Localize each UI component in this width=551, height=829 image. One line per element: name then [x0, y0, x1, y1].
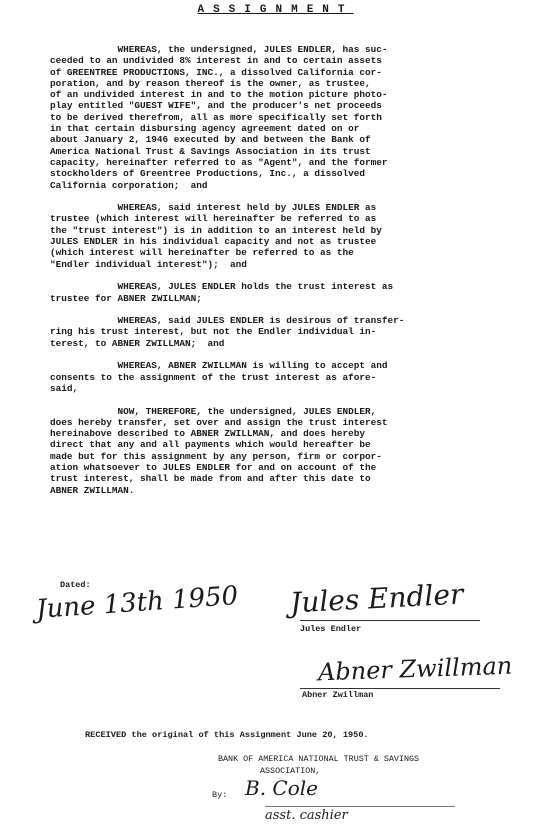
text-line: the "trust interest") is in addition to … [50, 225, 530, 236]
text-line: WHEREAS, said interest held by JULES END… [50, 202, 530, 213]
text-line: trustee (which interest will hereinafter… [50, 213, 530, 224]
text-line: ation whatsoever to JULES ENDLER for and… [50, 462, 530, 473]
text-line: said, [50, 383, 530, 394]
text-line: of GREENTREE PRODUCTIONS, INC., a dissol… [50, 67, 530, 78]
text-line: NOW, THEREFORE, the undersigned, JULES E… [50, 406, 530, 417]
text-line: consents to the assignment of the trust … [50, 372, 530, 383]
text-line: trustee for ABNER ZWILLMAN; [50, 293, 530, 304]
text-line: poration, and by reason thereof is the o… [50, 78, 530, 89]
paragraph-gap [50, 394, 530, 405]
by-label: By: [212, 790, 227, 800]
paragraph-gap [50, 191, 530, 202]
paragraph-gap [50, 270, 530, 281]
text-line: WHEREAS, said JULES ENDLER is desirous o… [50, 315, 530, 326]
text-line: does hereby transfer, set over and assig… [50, 417, 530, 428]
paragraph-whereas-1: WHEREAS, the undersigned, JULES ENDLER, … [50, 44, 530, 191]
bank-name-line2: ASSOCIATION, [260, 766, 320, 776]
signature-abner-zwillman: Abner Zwillman [318, 652, 513, 687]
paragraph-whereas-4: WHEREAS, said JULES ENDLER is desirous o… [50, 315, 530, 349]
document-title: ASSIGNMENT [0, 4, 551, 16]
text-line: trust interest, shall be made from and a… [50, 473, 530, 484]
text-line: about January 2, 1946 executed by and be… [50, 134, 530, 145]
received-statement: RECEIVED the original of this Assignment… [85, 730, 369, 740]
signature-jules-endler: Jules Endler [289, 577, 464, 619]
text-line: WHEREAS, ABNER ZWILLMAN is willing to ac… [50, 360, 530, 371]
bank-signer-title: asst. cashier [265, 808, 348, 823]
signature-line-2 [300, 688, 500, 689]
paragraph-now-therefore: NOW, THEREFORE, the undersigned, JULES E… [50, 406, 530, 496]
signer-name-jules-endler: Jules Endler [300, 624, 361, 634]
bank-name-line1: BANK OF AMERICA NATIONAL TRUST & SAVINGS [218, 754, 419, 764]
dated-label: Dated: [60, 580, 91, 590]
text-line: direct that any and all payments which w… [50, 439, 530, 450]
text-line: stockholders of Greentree Productions, I… [50, 168, 530, 179]
text-line: America National Trust & Savings Associa… [50, 146, 530, 157]
text-line: play entitled "GUEST WIFE", and the prod… [50, 100, 530, 111]
text-line: terest, to ABNER ZWILLMAN; and [50, 338, 530, 349]
text-line: ring his trust interest, but not the End… [50, 326, 530, 337]
signature-line-1 [300, 620, 480, 621]
text-line: of an undivided interest in and to the m… [50, 89, 530, 100]
text-line: ceeded to an undivided 8% interest in an… [50, 55, 530, 66]
bank-signature-line [265, 806, 455, 807]
text-line: WHEREAS, the undersigned, JULES ENDLER, … [50, 44, 530, 55]
paragraph-whereas-3: WHEREAS, JULES ENDLER holds the trust in… [50, 281, 530, 304]
paragraph-whereas-5: WHEREAS, ABNER ZWILLMAN is willing to ac… [50, 360, 530, 394]
text-line: capacity, hereinafter referred to as "Ag… [50, 157, 530, 168]
text-line: "Endler individual interest"); and [50, 259, 530, 270]
bank-signature: B. Cole [245, 776, 318, 800]
text-line: ABNER ZWILLMAN. [50, 485, 530, 496]
text-line: JULES ENDLER in his individual capacity … [50, 236, 530, 247]
paragraph-whereas-2: WHEREAS, said interest held by JULES END… [50, 202, 530, 270]
document-body: WHEREAS, the undersigned, JULES ENDLER, … [50, 44, 530, 496]
signer-name-abner-zwillman: Abner Zwillman [302, 690, 373, 700]
text-line: California corporation; and [50, 180, 530, 191]
paragraph-gap [50, 304, 530, 315]
text-line: to be derived therefrom, all as more spe… [50, 112, 530, 123]
text-line: made but for this assignment by any pers… [50, 451, 530, 462]
text-line: WHEREAS, JULES ENDLER holds the trust in… [50, 281, 530, 292]
text-line: hereinabove described to ABNER ZWILLMAN,… [50, 428, 530, 439]
paragraph-gap [50, 349, 530, 360]
text-line: in that certain disbursing agency agreem… [50, 123, 530, 134]
text-line: (which interest will hereinafter be refe… [50, 247, 530, 258]
